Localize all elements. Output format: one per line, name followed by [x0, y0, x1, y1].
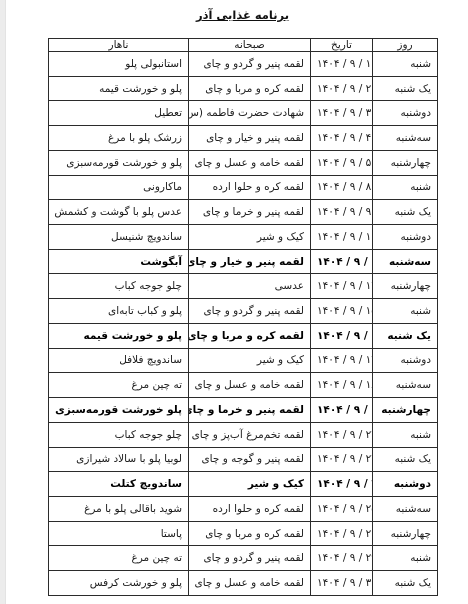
day-cell: چهارشنبه [373, 150, 438, 175]
day-cell: سه‌شنبه [373, 249, 438, 274]
lunch-cell: استانبولی پلو [49, 52, 189, 77]
table-row: یک شنبه ۱۴۰۴ / ۹ / ۹ لقمه پنیر و خرما و … [49, 200, 438, 225]
breakfast-cell: لقمه خامه و عسل و چای [189, 571, 311, 596]
table-row: یک شنبه ۱۴۰۴ / ۹ / ۲ لقمه کره و مربا و چ… [49, 76, 438, 101]
date-cell: ۱۴۰۴ / ۹ / ۱۶ [311, 323, 373, 348]
day-cell: چهارشنبه [373, 274, 438, 299]
column-header-lunch: ناهار [49, 39, 189, 52]
date-cell: ۱۴۰۴ / ۹ / ۲۴ [311, 472, 373, 497]
lunch-cell: چلو جوجه کباب [49, 274, 189, 299]
column-header-breakfast: صبحانه [189, 39, 311, 52]
lunch-cell: آبگوشت [49, 249, 189, 274]
date-cell: ۱۴۰۴ / ۹ / ۱۷ [311, 348, 373, 373]
lunch-cell: عدس پلو با گوشت و کشمش [49, 200, 189, 225]
date-cell: ۱۴۰۴ / ۹ / ۴ [311, 126, 373, 151]
breakfast-cell: لقمه پنیر و خرما و چای [189, 200, 311, 225]
lunch-cell: پلو و خورشت قیمه [49, 76, 189, 101]
table-row: شنبه ۱۴۰۴ / ۹ / ۸ لقمه کره و حلوا ارده م… [49, 175, 438, 200]
lunch-cell: ساندویچ شنیسل [49, 225, 189, 250]
date-cell: ۱۴۰۴ / ۹ / ۱۰ [311, 225, 373, 250]
table-row: سه‌شنبه ۱۴۰۴ / ۹ / ۱۸ لقمه خامه و عسل و … [49, 373, 438, 398]
breakfast-cell: لقمه پنیر و خرما و چای [189, 398, 311, 423]
day-cell: شنبه [373, 299, 438, 324]
breakfast-cell: لقمه پنیر و گردو و چای [189, 52, 311, 77]
table-row: یک شنبه ۱۴۰۴ / ۹ / ۱۶ لقمه کره و مربا و … [49, 323, 438, 348]
breakfast-cell: لقمه پنیر و خیار و چای [189, 249, 311, 274]
table-row: شنبه ۱۴۰۴ / ۹ / ۲۲ لقمه تخم‌مرغ آب‌پز و … [49, 422, 438, 447]
date-cell: ۱۴۰۴ / ۹ / ۱۸ [311, 373, 373, 398]
table-row: یک شنبه ۱۴۰۴ / ۹ / ۳۰ لقمه خامه و عسل و … [49, 571, 438, 596]
table-row: دوشنبه ۱۴۰۴ / ۹ / ۳ شهادت حضرت فاطمه (س)… [49, 101, 438, 126]
day-cell: یک شنبه [373, 571, 438, 596]
day-cell: سه‌شنبه [373, 496, 438, 521]
breakfast-cell: لقمه پنیر و خیار و چای [189, 126, 311, 151]
date-cell: ۱۴۰۴ / ۹ / ۱۱ [311, 249, 373, 274]
breakfast-cell: عدسی [189, 274, 311, 299]
table-row: چهارشنبه ۱۴۰۴ / ۹ / ۵ لقمه خامه و عسل و … [49, 150, 438, 175]
day-cell: چهارشنبه [373, 398, 438, 423]
date-cell: ۱۴۰۴ / ۹ / ۳۰ [311, 571, 373, 596]
table-row: یک شنبه ۱۴۰۴ / ۹ / ۲۳ لقمه پنیر و گوجه و… [49, 447, 438, 472]
date-cell: ۱۴۰۴ / ۹ / ۸ [311, 175, 373, 200]
date-cell: ۱۴۰۴ / ۹ / ۱ [311, 52, 373, 77]
breakfast-cell: لقمه تخم‌مرغ آب‌پز و چای [189, 422, 311, 447]
lunch-cell: لوبیا پلو با سالاد شیرازی [49, 447, 189, 472]
breakfast-cell: لقمه کره و مربا و چای [189, 521, 311, 546]
lunch-cell: پلو و کباب تابه‌ای [49, 299, 189, 324]
date-cell: ۱۴۰۴ / ۹ / ۹ [311, 200, 373, 225]
date-cell: ۱۴۰۴ / ۹ / ۲۹ [311, 546, 373, 571]
breakfast-cell: لقمه کره و مربا و چای [189, 76, 311, 101]
table-row: چهارشنبه ۱۴۰۴ / ۹ / ۱۹ لقمه پنیر و خرما … [49, 398, 438, 423]
date-cell: ۱۴۰۴ / ۹ / ۱۲ [311, 274, 373, 299]
day-cell: یک شنبه [373, 200, 438, 225]
breakfast-cell: لقمه پنیر و گردو و چای [189, 546, 311, 571]
date-cell: ۱۴۰۴ / ۹ / ۱۹ [311, 398, 373, 423]
day-cell: دوشنبه [373, 472, 438, 497]
day-cell: یک شنبه [373, 76, 438, 101]
date-cell: ۱۴۰۴ / ۹ / ۲۳ [311, 447, 373, 472]
table-row: دوشنبه ۱۴۰۴ / ۹ / ۲۴ کیک و شیر ساندویچ ک… [49, 472, 438, 497]
day-cell: شنبه [373, 175, 438, 200]
day-cell: سه‌شنبه [373, 126, 438, 151]
column-header-day: روز [373, 39, 438, 52]
lunch-cell: پلو و خورشت قیمه [49, 323, 189, 348]
lunch-cell: زرشک پلو با مرغ [49, 126, 189, 151]
table-row: شنبه ۱۴۰۴ / ۹ / ۱ لقمه پنیر و گردو و چای… [49, 52, 438, 77]
date-cell: ۱۴۰۴ / ۹ / ۲۲ [311, 422, 373, 447]
lunch-cell: ته چین مرغ [49, 546, 189, 571]
document-page: برنامه غذایی آذر روز تاریخ صبحانه ناهار … [0, 0, 468, 604]
breakfast-cell: کیک و شیر [189, 472, 311, 497]
breakfast-cell: لقمه پنیر و گردو و چای [189, 299, 311, 324]
breakfast-cell: لقمه کره و حلوا ارده [189, 175, 311, 200]
lunch-cell: شوید باقالی پلو با مرغ [49, 496, 189, 521]
day-cell: دوشنبه [373, 348, 438, 373]
lunch-cell: پاستا [49, 521, 189, 546]
table-row: سه‌شنبه ۱۴۰۴ / ۹ / ۱۱ لقمه پنیر و خیار و… [49, 249, 438, 274]
lunch-cell: چلو جوجه کباب [49, 422, 189, 447]
table-row: دوشنبه ۱۴۰۴ / ۹ / ۱۷ کیک و شیر ساندویچ ف… [49, 348, 438, 373]
table-row: دوشنبه ۱۴۰۴ / ۹ / ۱۰ کیک و شیر ساندویچ ش… [49, 225, 438, 250]
date-cell: ۱۴۰۴ / ۹ / ۲۶ [311, 521, 373, 546]
breakfast-cell: لقمه کره و حلوا ارده [189, 496, 311, 521]
lunch-cell: پلو خورشت قورمه‌سبزی [49, 398, 189, 423]
column-header-date: تاریخ [311, 39, 373, 52]
lunch-cell: ساندویچ کتلت [49, 472, 189, 497]
lunch-cell: پلو و خورشت کرفس [49, 571, 189, 596]
table-header-row: روز تاریخ صبحانه ناهار [49, 39, 438, 52]
breakfast-cell: لقمه خامه و عسل و چای [189, 150, 311, 175]
date-cell: ۱۴۰۴ / ۹ / ۳ [311, 101, 373, 126]
day-cell: شنبه [373, 422, 438, 447]
breakfast-cell: کیک و شیر [189, 225, 311, 250]
date-cell: ۱۴۰۴ / ۹ / ۲۵ [311, 496, 373, 521]
table-row: سه‌شنبه ۱۴۰۴ / ۹ / ۴ لقمه پنیر و خیار و … [49, 126, 438, 151]
lunch-cell: ماکارونی [49, 175, 189, 200]
meal-schedule-table: روز تاریخ صبحانه ناهار شنبه ۱۴۰۴ / ۹ / ۱… [48, 38, 438, 596]
date-cell: ۱۴۰۴ / ۹ / ۲ [311, 76, 373, 101]
day-cell: دوشنبه [373, 101, 438, 126]
table-row: شنبه ۱۴۰۴ / ۹ / ۱۵ لقمه پنیر و گردو و چا… [49, 299, 438, 324]
day-cell: شنبه [373, 546, 438, 571]
breakfast-cell: لقمه کره و مربا و چای [189, 323, 311, 348]
day-cell: یک شنبه [373, 323, 438, 348]
table-row: چهارشنبه ۱۴۰۴ / ۹ / ۱۲ عدسی چلو جوجه کبا… [49, 274, 438, 299]
lunch-cell: پلو و خورشت قورمه‌سبزی [49, 150, 189, 175]
page-edge-strip [0, 0, 6, 604]
lunch-cell: ته چین مرغ [49, 373, 189, 398]
breakfast-cell: کیک و شیر [189, 348, 311, 373]
date-cell: ۱۴۰۴ / ۹ / ۱۵ [311, 299, 373, 324]
day-cell: یک شنبه [373, 447, 438, 472]
day-cell: چهارشنبه [373, 521, 438, 546]
breakfast-cell: شهادت حضرت فاطمه (س) [189, 101, 311, 126]
day-cell: سه‌شنبه [373, 373, 438, 398]
table-row: سه‌شنبه ۱۴۰۴ / ۹ / ۲۵ لقمه کره و حلوا ار… [49, 496, 438, 521]
lunch-cell: ساندویچ فلافل [49, 348, 189, 373]
lunch-cell: تعطیل [49, 101, 189, 126]
day-cell: شنبه [373, 52, 438, 77]
date-cell: ۱۴۰۴ / ۹ / ۵ [311, 150, 373, 175]
breakfast-cell: لقمه پنیر و گوجه و چای [189, 447, 311, 472]
table-row: شنبه ۱۴۰۴ / ۹ / ۲۹ لقمه پنیر و گردو و چا… [49, 546, 438, 571]
page-title: برنامه غذایی آذر [48, 8, 437, 22]
table-row: چهارشنبه ۱۴۰۴ / ۹ / ۲۶ لقمه کره و مربا و… [49, 521, 438, 546]
breakfast-cell: لقمه خامه و عسل و چای [189, 373, 311, 398]
day-cell: دوشنبه [373, 225, 438, 250]
